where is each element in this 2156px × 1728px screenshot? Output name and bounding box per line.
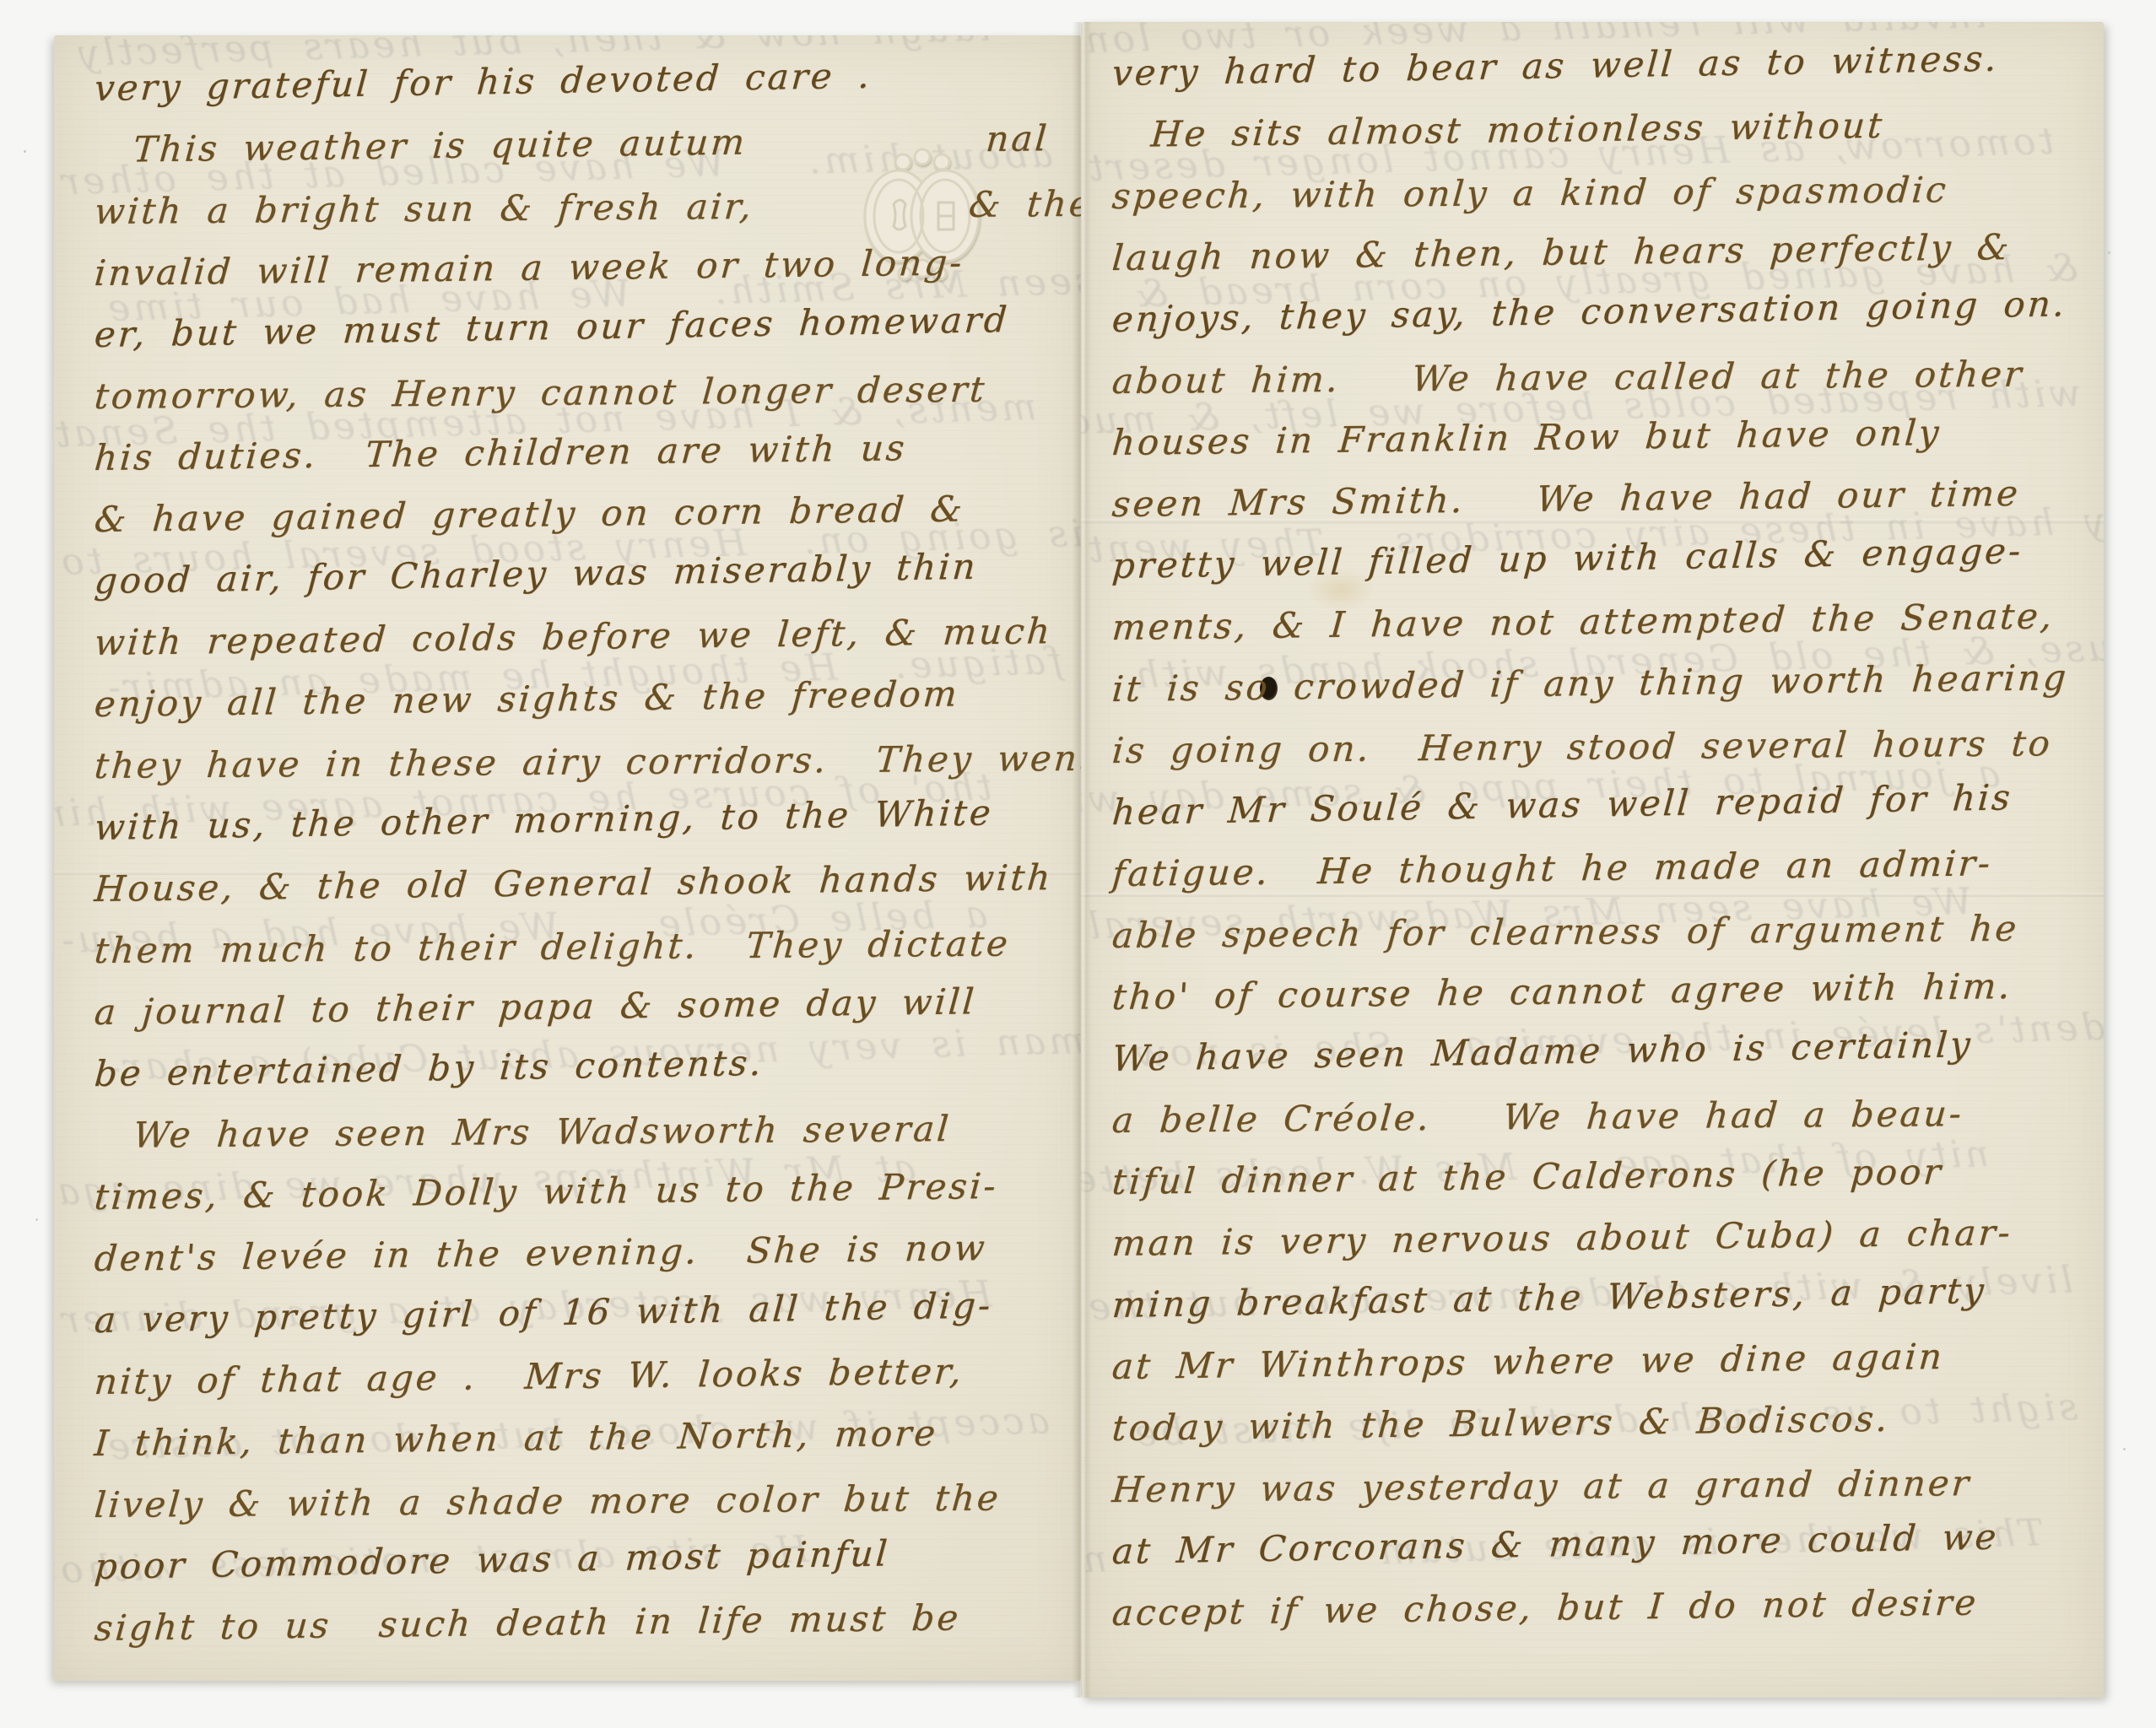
handwriting-line: accept if we chose, but I do not desire bbox=[1110, 1570, 2093, 1644]
handwriting-line: very grateful for his devoted care . bbox=[92, 41, 1067, 119]
letter-page-left: laugh now & then, but hears perfectly &a… bbox=[54, 35, 1081, 1681]
handwriting-line: with repeated colds before we left, & mu… bbox=[92, 600, 1067, 673]
handwriting-line: times, & took Dolly with us to the Presi… bbox=[92, 1154, 1067, 1228]
handwriting-line: enjoy all the new sights & the freedom bbox=[92, 661, 1067, 735]
handwriting-line: sight to us such death in life must be bbox=[92, 1585, 1067, 1659]
handwriting-line: He sits almost motionless without bbox=[1110, 92, 2093, 165]
handwriting-line: today with the Bulwers & Bodiscos. bbox=[1110, 1385, 2093, 1459]
handwriting-line: his duties. The children are with us bbox=[92, 415, 1067, 489]
handwriting-line: nity of that age . Mrs W. looks better, bbox=[92, 1339, 1067, 1412]
handwriting-right: very hard to bear as well as to witness.… bbox=[1112, 42, 2091, 1644]
letter-page-right: invalid will remain a week or two long-t… bbox=[1081, 22, 2104, 1698]
handwriting-line: very hard to bear as well as to witness. bbox=[1110, 26, 2093, 104]
handwriting-line: House, & the old General shook hands wit… bbox=[92, 846, 1067, 920]
scan-background: laugh now & then, but hears perfectly &a… bbox=[0, 0, 2156, 1728]
handwriting-line: it is so crowded if any thing worth hear… bbox=[1110, 646, 2093, 720]
handwriting-line: fatigue. He thought he made an admir- bbox=[1110, 831, 2093, 904]
handwriting-line: I think, than when at the North, more bbox=[92, 1401, 1067, 1474]
scanner-dust-specks bbox=[24, 150, 26, 153]
handwriting-left: very grateful for his devoted care .This… bbox=[95, 57, 1065, 1659]
handwriting-line: This weather is quite autum nal bbox=[92, 107, 1067, 181]
